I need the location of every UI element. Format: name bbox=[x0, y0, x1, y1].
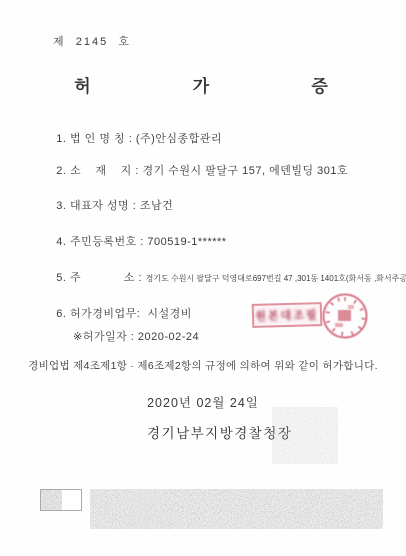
field-value: (주)안심종합관리 bbox=[136, 133, 222, 145]
footer-redacted-band bbox=[90, 489, 383, 529]
field-label: 3. 대표자 성명 : bbox=[56, 200, 140, 212]
field-label: 4. 주민등록번호 : bbox=[56, 236, 147, 248]
permit-certificate-document: 제 2145 호 허 가 증 1. 법 인 명 칭 : (주)안심종합관리 2.… bbox=[0, 0, 406, 556]
issuer-seal-blurred bbox=[272, 407, 338, 464]
issue-date: 2020년 02월 24일 bbox=[0, 393, 406, 411]
footer-small-box bbox=[40, 489, 82, 511]
field-representative-name: 3. 대표자 성명 : 조남건 bbox=[42, 185, 173, 225]
issuer-title: 경기남부지방경찰청장 bbox=[147, 422, 292, 442]
field-label: 6. 허가경비업무: bbox=[56, 308, 147, 320]
field-resident-registration-number: 4. 주민등록번호 : 700519-1****** bbox=[42, 221, 227, 261]
field-location: 2. 소 재 지 : 경기 수원시 팔달구 157, 에덴빌딩 301호 bbox=[42, 150, 348, 190]
verification-stamp: 원본대조필 bbox=[252, 302, 323, 328]
document-title: 허 가 증 bbox=[0, 72, 406, 97]
field-value: 경기 수원시 팔달구 157, 에덴빌딩 301호 bbox=[142, 165, 348, 177]
field-label: 1. 법 인 명 칭 : bbox=[56, 133, 136, 145]
field-value: 경기도 수원시 팔달구 덕영대로697번길 47 ,301동 1401호(화서동… bbox=[146, 274, 406, 283]
field-value: 시설경비 bbox=[147, 308, 192, 320]
field-label: 5. 주 소 : bbox=[56, 272, 145, 284]
round-seal-icon bbox=[320, 291, 370, 341]
legal-statement: 경비업법 제4조제1항 · 제6조제2항의 규정에 의하여 위와 같이 허가합니… bbox=[0, 358, 406, 373]
field-permitted-security-business: 6. 허가경비업무: 시설경비 bbox=[42, 293, 192, 333]
permit-date-note: ※허가일자 : 2020-02-24 bbox=[73, 328, 199, 344]
footer-box-noise bbox=[41, 490, 62, 510]
document-number: 제 2145 호 bbox=[53, 33, 131, 49]
verification-stamp-text: 원본대조필 bbox=[255, 306, 319, 324]
field-value: 조남건 bbox=[140, 200, 173, 212]
field-label: 2. 소 재 지 : bbox=[56, 165, 142, 177]
field-value: 700519-1****** bbox=[147, 236, 226, 248]
